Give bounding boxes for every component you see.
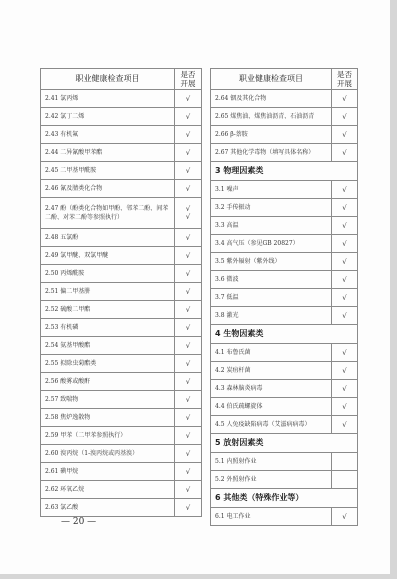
check-mark: √ — [332, 416, 358, 434]
check-mark: √ — [175, 409, 202, 427]
check-mark: √ — [332, 380, 358, 398]
item-label: 3.2 手传振动 — [211, 199, 332, 217]
check-mark: √ — [175, 355, 202, 373]
table-row: 2.45 二甲基甲酰胺√ — [41, 162, 202, 180]
check-mark: √ — [175, 108, 202, 126]
check-mark: √ — [175, 162, 202, 180]
check-mark: √ — [175, 481, 202, 499]
table-row: 3.4 高气压（参见GB 20827）√ — [211, 235, 358, 253]
table-row: 2.52 硫酸二甲酯√ — [41, 301, 202, 319]
section-heading-other: 6 其他类（特殊作业等） — [211, 489, 358, 508]
item-label: 2.61 碘甲烷 — [41, 463, 175, 481]
item-label: 2.56 酸雾或酸酐 — [41, 373, 175, 391]
item-label: 2.43 有机氟 — [41, 126, 175, 144]
table-row: 4.4 伯氏疏螺旋体√ — [211, 398, 358, 416]
section-heading-row: 3 物理因素类 — [211, 162, 358, 181]
item-label: 6.1 电工作业 — [211, 508, 332, 526]
table-row: 3.6 微波√ — [211, 271, 358, 289]
check-mark: √ — [332, 253, 358, 271]
check-mark: √ — [332, 398, 358, 416]
item-label: 2.65 煤焦油、煤焦油沥青、石油沥青 — [211, 108, 332, 126]
item-label: 4.3 森林脑炎病毒 — [211, 380, 332, 398]
item-label: 2.48 五氯酚 — [41, 229, 175, 247]
check-mark: √ — [332, 508, 358, 526]
check-mark: √ — [332, 217, 358, 235]
check-mark: √ — [332, 199, 358, 217]
table-row: 2.63 氯乙酸√ — [41, 499, 202, 517]
check-mark: √ — [175, 283, 202, 301]
item-label: 2.53 有机磷 — [41, 319, 175, 337]
item-label: 3.5 紫外辐射（紫外线） — [211, 253, 332, 271]
document-page: 职业健康检查项目 是否开展 2.41 氯丙烯√ 2.42 氯丁二烯√ 2.43 … — [0, 0, 390, 574]
table-row: 2.53 有机磷√ — [41, 319, 202, 337]
item-label: 2.55 拟除虫菊酯类 — [41, 355, 175, 373]
check-mark: √ — [175, 90, 202, 108]
table-row: 2.43 有机氟√ — [41, 126, 202, 144]
check-mark: √ — [332, 144, 358, 162]
item-label: 3.4 高气压（参见GB 20827） — [211, 235, 332, 253]
table-header-row: 职业健康检查项目 是否开展 — [41, 69, 202, 90]
item-label: 4.2 炭疽杆菌 — [211, 362, 332, 380]
item-label: 2.58 焦炉逸散物 — [41, 409, 175, 427]
check-mark: √ — [332, 126, 358, 144]
table-row: 5.1 内照射作业 — [211, 453, 358, 471]
item-label: 4.4 伯氏疏螺旋体 — [211, 398, 332, 416]
item-label: 3.6 微波 — [211, 271, 332, 289]
table-row: 4.2 炭疽杆菌√ — [211, 362, 358, 380]
check-mark: √ — [175, 499, 202, 517]
item-label: 2.63 氯乙酸 — [41, 499, 175, 517]
section-heading-row: 4 生物因素类 — [211, 325, 358, 344]
table-row: 2.47 酚（酚类化合物如甲酚、邻苯二酚、间苯二酚、对苯二酚等参照执行）√ √ — [41, 198, 202, 229]
table-row: 3.7 低温√ — [211, 289, 358, 307]
table-row: 2.50 丙烯酰胺√ — [41, 265, 202, 283]
table-header-row: 职业健康检查项目 是否开展 — [211, 69, 358, 90]
check-mark: √ — [175, 180, 202, 198]
table-row: 2.57 致喘物√ — [41, 391, 202, 409]
check-mark: √ — [332, 307, 358, 325]
item-label: 2.45 二甲基甲酰胺 — [41, 162, 175, 180]
section-heading-row: 6 其他类（特殊作业等） — [211, 489, 358, 508]
item-label: 2.57 致喘物 — [41, 391, 175, 409]
item-label: 3.1 噪声 — [211, 181, 332, 199]
conducted-column-header: 是否开展 — [175, 69, 202, 90]
item-label: 2.66 β-萘胺 — [211, 126, 332, 144]
table-row: 3.8 激光√ — [211, 307, 358, 325]
item-label: 5.2 外照射作业 — [211, 471, 332, 489]
item-label: 3.3 高温 — [211, 217, 332, 235]
item-column-header: 职业健康检查项目 — [211, 69, 332, 90]
table-row: 2.41 氯丙烯√ — [41, 90, 202, 108]
item-label: 2.49 氯甲醚、双氯甲醚 — [41, 247, 175, 265]
table-row: 2.55 拟除虫菊酯类√ — [41, 355, 202, 373]
check-mark — [332, 453, 358, 471]
table-row: 4.1 布鲁氏菌√ — [211, 344, 358, 362]
check-mark: √ — [175, 229, 202, 247]
table-row: 3.2 手传振动√ — [211, 199, 358, 217]
table-row: 2.49 氯甲醚、双氯甲醚√ — [41, 247, 202, 265]
check-mark: √ — [332, 235, 358, 253]
check-mark: √ — [175, 247, 202, 265]
table-row: 2.60 溴丙烷（1-溴丙烷或丙基溴）√ — [41, 445, 202, 463]
table-row: 2.48 五氯酚√ — [41, 229, 202, 247]
table-row: 2.42 氯丁二烯√ — [41, 108, 202, 126]
item-label: 2.44 二异氰酸甲苯酯 — [41, 144, 175, 162]
item-label: 2.51 偏二甲基肼 — [41, 283, 175, 301]
item-label: 2.67 其他化学毒物（填写具体名称） — [211, 144, 332, 162]
item-label: 2.47 酚（酚类化合物如甲酚、邻苯二酚、间苯二酚、对苯二酚等参照执行） — [41, 198, 175, 229]
check-mark: √ — [175, 265, 202, 283]
section-heading-physical: 3 物理因素类 — [211, 162, 358, 181]
section-heading-radiation: 5 放射因素类 — [211, 434, 358, 453]
item-column-header: 职业健康检查项目 — [41, 69, 175, 90]
item-label: 3.7 低温 — [211, 289, 332, 307]
table-row: 2.62 环氧乙烷√ — [41, 481, 202, 499]
table-row: 4.3 森林脑炎病毒√ — [211, 380, 358, 398]
table-row: 2.56 酸雾或酸酐√ — [41, 373, 202, 391]
check-mark: √ — [332, 181, 358, 199]
table-row: 2.61 碘甲烷√ — [41, 463, 202, 481]
check-mark: √ — [332, 362, 358, 380]
table-row: 2.64 铟及其化合物√ — [211, 90, 358, 108]
item-label: 2.50 丙烯酰胺 — [41, 265, 175, 283]
check-mark: √ √ — [175, 198, 202, 229]
table-row: 6.1 电工作业√ — [211, 508, 358, 526]
table-row: 3.5 紫外辐射（紫外线）√ — [211, 253, 358, 271]
item-label: 3.8 激光 — [211, 307, 332, 325]
health-check-table-right: 职业健康检查项目 是否开展 2.64 铟及其化合物√ 2.65 煤焦油、煤焦油沥… — [210, 68, 358, 526]
check-mark: √ — [332, 108, 358, 126]
item-label: 2.52 硫酸二甲酯 — [41, 301, 175, 319]
item-label: 2.64 铟及其化合物 — [211, 90, 332, 108]
table-row: 2.65 煤焦油、煤焦油沥青、石油沥青√ — [211, 108, 358, 126]
item-label: 4.1 布鲁氏菌 — [211, 344, 332, 362]
item-label: 2.62 环氧乙烷 — [41, 481, 175, 499]
table-row: 2.58 焦炉逸散物√ — [41, 409, 202, 427]
item-label: 2.41 氯丙烯 — [41, 90, 175, 108]
table-row: 2.54 氨基甲酸酯√ — [41, 337, 202, 355]
table-row: 2.46 氰及腈类化合物√ — [41, 180, 202, 198]
check-mark — [332, 471, 358, 489]
table-row: 2.59 甲苯（二甲苯参照执行）√ — [41, 427, 202, 445]
item-label: 2.46 氰及腈类化合物 — [41, 180, 175, 198]
item-label: 2.60 溴丙烷（1-溴丙烷或丙基溴） — [41, 445, 175, 463]
check-mark: √ — [175, 427, 202, 445]
table-row: 4.5 人免疫缺陷病毒（艾滋病病毒）√ — [211, 416, 358, 434]
table-row: 3.1 噪声√ — [211, 181, 358, 199]
check-mark: √ — [332, 90, 358, 108]
table-row: 2.44 二异氰酸甲苯酯√ — [41, 144, 202, 162]
table-row: 2.67 其他化学毒物（填写具体名称）√ — [211, 144, 358, 162]
table-row: 2.51 偏二甲基肼√ — [41, 283, 202, 301]
section-heading-row: 5 放射因素类 — [211, 434, 358, 453]
item-label: 4.5 人免疫缺陷病毒（艾滋病病毒） — [211, 416, 332, 434]
check-mark: √ — [175, 144, 202, 162]
section-heading-biological: 4 生物因素类 — [211, 325, 358, 344]
check-mark: √ — [175, 319, 202, 337]
conducted-column-header: 是否开展 — [332, 69, 358, 90]
check-mark: √ — [175, 463, 202, 481]
check-mark: √ — [175, 445, 202, 463]
health-check-table-left: 职业健康检查项目 是否开展 2.41 氯丙烯√ 2.42 氯丁二烯√ 2.43 … — [40, 68, 202, 517]
item-label: 2.42 氯丁二烯 — [41, 108, 175, 126]
check-mark: √ — [175, 126, 202, 144]
table-row: 3.3 高温√ — [211, 217, 358, 235]
item-label: 5.1 内照射作业 — [211, 453, 332, 471]
check-mark: √ — [332, 289, 358, 307]
table-row: 2.66 β-萘胺√ — [211, 126, 358, 144]
check-mark: √ — [175, 391, 202, 409]
check-mark: √ — [332, 344, 358, 362]
table-row: 5.2 外照射作业 — [211, 471, 358, 489]
item-label: 2.59 甲苯（二甲苯参照执行） — [41, 427, 175, 445]
check-mark: √ — [332, 271, 358, 289]
item-label: 2.54 氨基甲酸酯 — [41, 337, 175, 355]
check-mark: √ — [175, 337, 202, 355]
check-mark: √ — [175, 301, 202, 319]
check-mark: √ — [175, 373, 202, 391]
page-number: — 20 — — [61, 517, 96, 527]
